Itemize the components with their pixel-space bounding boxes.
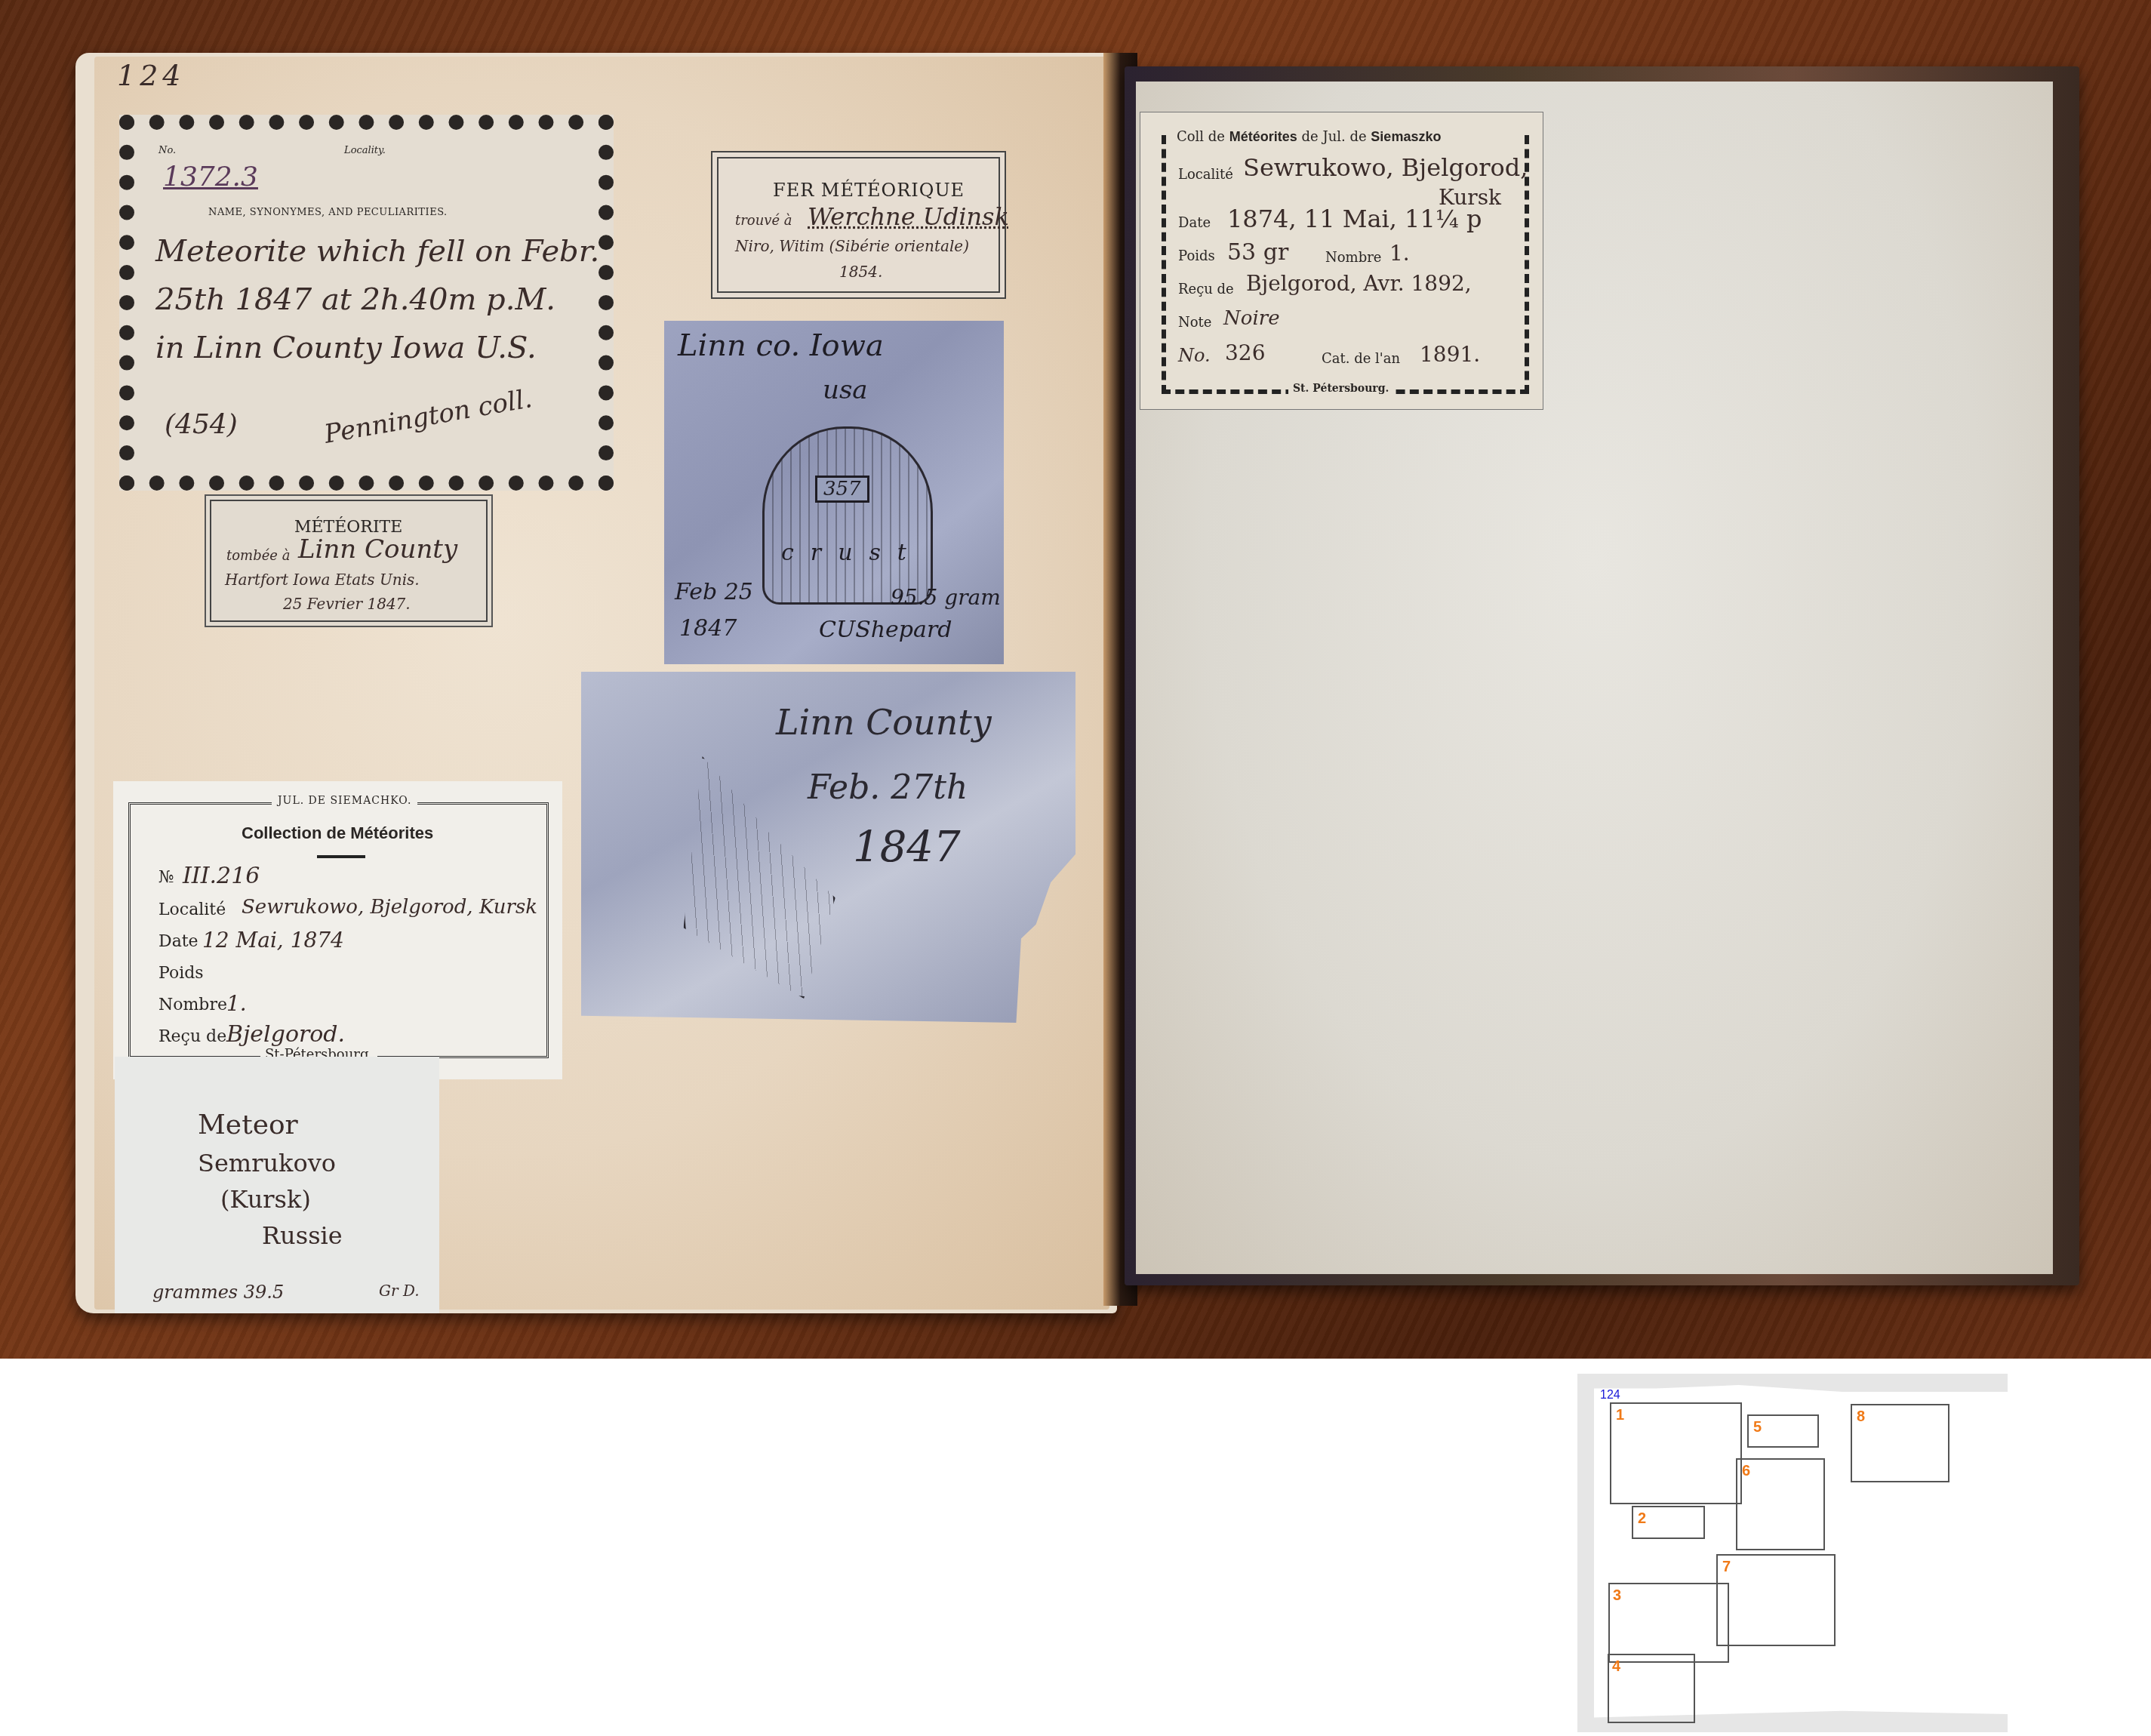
field-label: Cat. de l'an [1322,351,1400,367]
label-heading: NAME, SYNONYMES, AND PECULIARITIES. [208,207,448,218]
label-prefix: tombée à [226,548,290,564]
meteorite-sketch [762,426,933,605]
text-line: Semrukovo [198,1149,336,1177]
map-box-number: 1 [1616,1407,1624,1424]
date-text: Feb 25 [675,579,753,605]
field-label: Localité [158,900,226,919]
label-3-siemachko-collection: JUL. DE SIEMACHKO. Collection de Météori… [113,781,562,1079]
map-page-number: 124 [1600,1389,1620,1402]
text-line: usa [823,375,868,405]
field-value: 1891. [1420,342,1480,367]
map-box-number: 6 [1742,1463,1750,1480]
map-box-5[interactable]: 5 [1747,1414,1819,1448]
album-photo: 124 No. Locality. 1372.3 NAME, SYNONYMES… [0,0,2151,1359]
label-2-meteorite-linn: MÉTÉORITE tombée à Linn County Hartfort … [210,500,488,622]
sketch-annotation: crust [781,540,923,566]
map-box-4[interactable]: 4 [1608,1654,1695,1723]
map-box-7[interactable]: 7 [1716,1554,1836,1646]
text-line: 1847 [853,823,961,872]
text-line: Meteor [198,1110,298,1140]
field-value: Sewrukowo, Bjelgorod, [1243,153,1528,182]
field-label: Localité [1178,167,1233,183]
label-title: FER MÉTÉORIQUE [773,180,965,201]
label-footer: St. Pétersbourg. [1288,383,1393,395]
field-locality: Locality. [344,145,386,156]
map-box-number: 2 [1638,1510,1646,1528]
author-signature: CUShepard [819,617,952,643]
label-7-foil-wrapper: Linn County Feb. 27th 1847 [581,672,1075,1023]
field-label: Poids [1178,248,1215,264]
label-title: Collection de Météorites [242,823,433,843]
field-label: Date [1178,215,1211,231]
map-box-1[interactable]: 1 [1610,1402,1742,1504]
map-box-number: 3 [1613,1587,1621,1605]
field-value: 326 [1225,340,1265,365]
title-rule [317,855,365,858]
map-box-8[interactable]: 8 [1851,1404,1949,1482]
text-line: Linn co. Iowa [678,328,884,363]
field-value: 1. [226,991,247,1016]
text-line: Russie [262,1221,343,1250]
catalog-number: 1372.3 [163,162,258,192]
header-middle: de Jul. de [1302,129,1367,145]
map-box-number: 8 [1857,1408,1865,1426]
text-line: in Linn County Iowa U.S. [155,331,537,365]
field-label: № [158,868,174,887]
text-line: Feb. 27th [808,768,968,807]
year-text: 1847 [679,615,737,642]
specimen-number-box: 357 [815,476,869,503]
map-box-number: 7 [1722,1559,1731,1576]
field-label: Date [158,932,198,951]
weight-text: 95.5 gram [891,585,1001,610]
field-label: Reçu de [158,1027,226,1046]
field-value: III.216 [183,863,260,889]
field-no: No. [158,145,176,156]
header-bold: Météorites [1229,129,1297,144]
map-box-6[interactable]: 6 [1736,1458,1825,1550]
place-name: Linn County [298,534,457,565]
header-name: Siemaszko [1371,129,1441,144]
field-label: Reçu de [1178,282,1234,297]
page-number: 124 [117,59,186,92]
label-8-siemaszko-collection: Coll de Météorites de Jul. de Siemaszko … [1140,112,1543,410]
text-line: Meteorite which fell on Febr. [155,234,599,269]
text-line: Hartfort Iowa Etats Unis. [225,571,420,589]
field-value: 53 gr [1227,239,1288,266]
text-line: 1854. [839,263,882,281]
header-prefix: Coll de [1177,129,1225,145]
field-value: 1874, 11 Mai, 11¼ p [1227,205,1482,233]
field-label: Nombre [1325,250,1381,266]
text-line: Niro, Witim (Sibérie orientale) [735,237,969,255]
collector-header: JUL. DE SIEMACHKO. [272,795,417,807]
field-value: Noire [1223,307,1280,330]
label-prefix: trouvé à [735,213,792,229]
label-4-meteor-russie: Meteor Semrukovo (Kursk) Russie grammes … [115,1057,439,1313]
mark-text: Gr D. [379,1282,420,1300]
map-box-3[interactable]: 3 [1608,1583,1729,1663]
label-1-pennington: No. Locality. 1372.3 NAME, SYNONYMES, AN… [119,115,614,491]
field-label: No. [1178,345,1211,366]
place-name: Werchne Udinsk [808,202,1009,231]
text-line: Linn County [776,702,992,743]
field-label: Note [1178,315,1211,331]
header-text: Coll de Météorites de Jul. de Siemaszko [1177,129,1441,145]
weight-text: grammes 39.5 [152,1282,284,1303]
label-5-fer-meteorique: FER MÉTÉORIQUE trouvé à Werchne Udinsk N… [717,157,1000,293]
text-line: (Kursk) [220,1185,311,1214]
field-value: 1. [1389,241,1410,266]
map-box-2[interactable]: 2 [1632,1506,1705,1539]
reference-number: (454) [165,409,238,440]
field-label: Poids [158,964,204,983]
label-6-shepard-wrapper: Linn co. Iowa usa 357 crust Feb 25 1847 … [664,321,1004,664]
map-box-number: 4 [1612,1658,1620,1676]
field-label: Nombre [158,996,227,1014]
field-value: Sewrukowo, Bjelgorod, Kursk [242,896,537,919]
map-box-number: 5 [1753,1419,1762,1436]
field-value: 12 Mai, 1874 [202,928,344,953]
text-line: 25th 1847 at 2h.40m p.M. [155,282,555,317]
field-value: Bjelgorod. [226,1021,345,1048]
field-value: Bjelgorod, Avr. 1892, [1246,271,1472,296]
text-line: 25 Fevrier 1847. [283,595,411,613]
